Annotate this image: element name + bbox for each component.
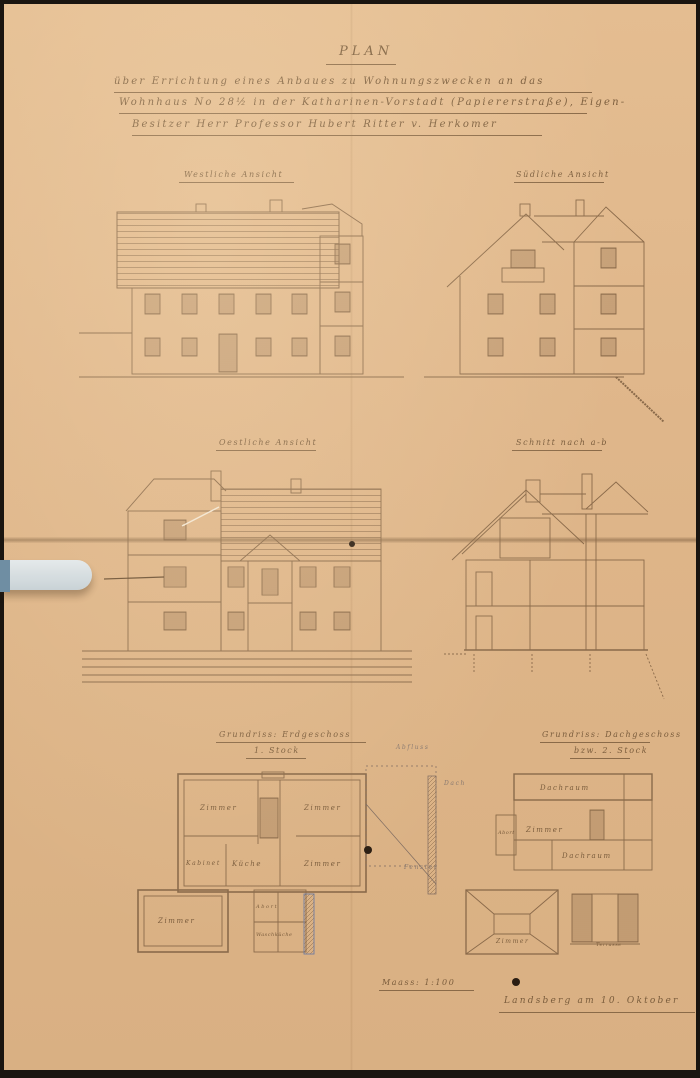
archival-clip	[0, 560, 92, 590]
architectural-drawings	[4, 4, 696, 1070]
room-label: Abort	[256, 904, 278, 910]
room-label: Dachraum	[562, 852, 612, 860]
plan-sheet: PLAN über Errichtung eines Anbaues zu Wo…	[4, 4, 696, 1070]
section-view	[444, 474, 664, 699]
attic-floor-plan	[466, 774, 652, 954]
room-label: Zimmer	[496, 938, 530, 945]
room-label: Kabinet	[186, 860, 221, 867]
ink-spot	[364, 846, 372, 854]
archival-clip-edge	[0, 560, 10, 592]
pencil-note: Fenster	[404, 864, 438, 871]
room-label: Dachraum	[540, 784, 590, 792]
pencil-sketch	[366, 766, 436, 894]
room-label: Terrasse	[596, 942, 622, 948]
room-label: Waschküche	[256, 932, 293, 938]
east-elevation	[82, 471, 412, 682]
room-label: Zimmer	[526, 826, 563, 834]
pencil-note: Dach	[444, 780, 466, 787]
room-label: Zimmer	[200, 804, 237, 812]
south-elevation	[424, 200, 664, 422]
room-label: Zimmer	[304, 860, 341, 868]
ink-spot	[349, 541, 355, 547]
room-label: Küche	[232, 860, 262, 868]
pencil-note: Abfluss	[396, 744, 430, 751]
room-label: Zimmer	[304, 804, 341, 812]
room-label: Abort	[498, 830, 515, 836]
room-label: Zimmer	[158, 917, 195, 925]
ink-spot	[512, 978, 520, 986]
west-elevation	[79, 200, 404, 377]
